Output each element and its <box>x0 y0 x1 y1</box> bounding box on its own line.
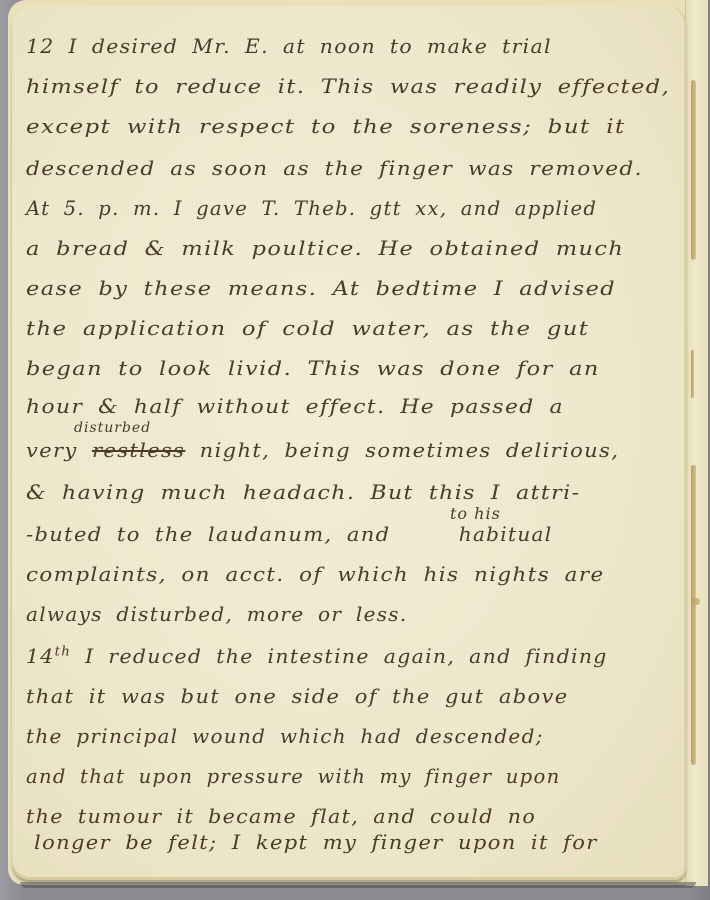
page-tab-mark <box>691 598 700 605</box>
manuscript-line: ease by these means. At bedtime I advise… <box>26 276 616 300</box>
manuscript-line: 12 I desired Mr. E. at noon to make tria… <box>26 34 552 58</box>
manuscript-line: a bread & milk poultice. He obtained muc… <box>26 236 624 260</box>
line-text: habitual <box>459 522 553 546</box>
manuscript-line: complaints, on acct. of which his nights… <box>26 562 605 586</box>
manuscript-page: 12 I desired Mr. E. at noon to make tria… <box>12 6 686 880</box>
interlinear-insertion: to his <box>450 504 501 523</box>
manuscript-line: himself to reduce it. This was readily e… <box>26 74 670 98</box>
manuscript-line: the tumour it became flat, and could no <box>26 804 536 828</box>
line-text: night, being sometimes delirious, <box>200 438 620 462</box>
manuscript-line: the principal wound which had descended; <box>26 724 544 748</box>
entry-date: 14 <box>26 644 55 668</box>
page-tab-mark <box>691 350 694 398</box>
line-text: -buted to the laudanum, and <box>26 522 390 546</box>
page-shadow <box>20 882 696 888</box>
manuscript-line: At 5. p. m. I gave T. Theb. gtt xx, and … <box>26 196 597 220</box>
manuscript-line: except with respect to the soreness; but… <box>26 114 626 138</box>
manuscript-line: the application of cold water, as the gu… <box>26 316 589 340</box>
manuscript-line: -buted to the laudanum, and habitual <box>26 522 552 546</box>
entry-date-suffix: th <box>55 644 72 659</box>
manuscript-line: hour & half without effect. He passed a <box>26 394 564 418</box>
manuscript-line: and that upon pressure with my finger up… <box>26 764 560 788</box>
page-tab-mark <box>691 465 696 765</box>
page-tab-mark <box>691 80 696 260</box>
manuscript-line: always disturbed, more or less. <box>26 602 408 626</box>
manuscript-line: descended as soon as the finger was remo… <box>26 156 643 180</box>
adjacent-page-edge <box>685 0 708 886</box>
line-text: I reduced the intestine again, and findi… <box>85 644 608 668</box>
manuscript-line: began to look livid. This was done for a… <box>26 356 600 380</box>
manuscript-line: very restless night, being sometimes del… <box>26 438 619 462</box>
struck-word: restless <box>92 438 185 462</box>
manuscript-line: 14th I reduced the intestine again, and … <box>26 644 608 668</box>
manuscript-line: & having much headach. But this I attri- <box>26 480 580 504</box>
line-text: very <box>26 438 78 462</box>
interlinear-insertion: disturbed <box>74 420 151 436</box>
manuscript-line-last: longer be felt; I kept my finger upon it… <box>34 830 598 854</box>
manuscript-line: that it was but one side of the gut abov… <box>26 684 569 708</box>
